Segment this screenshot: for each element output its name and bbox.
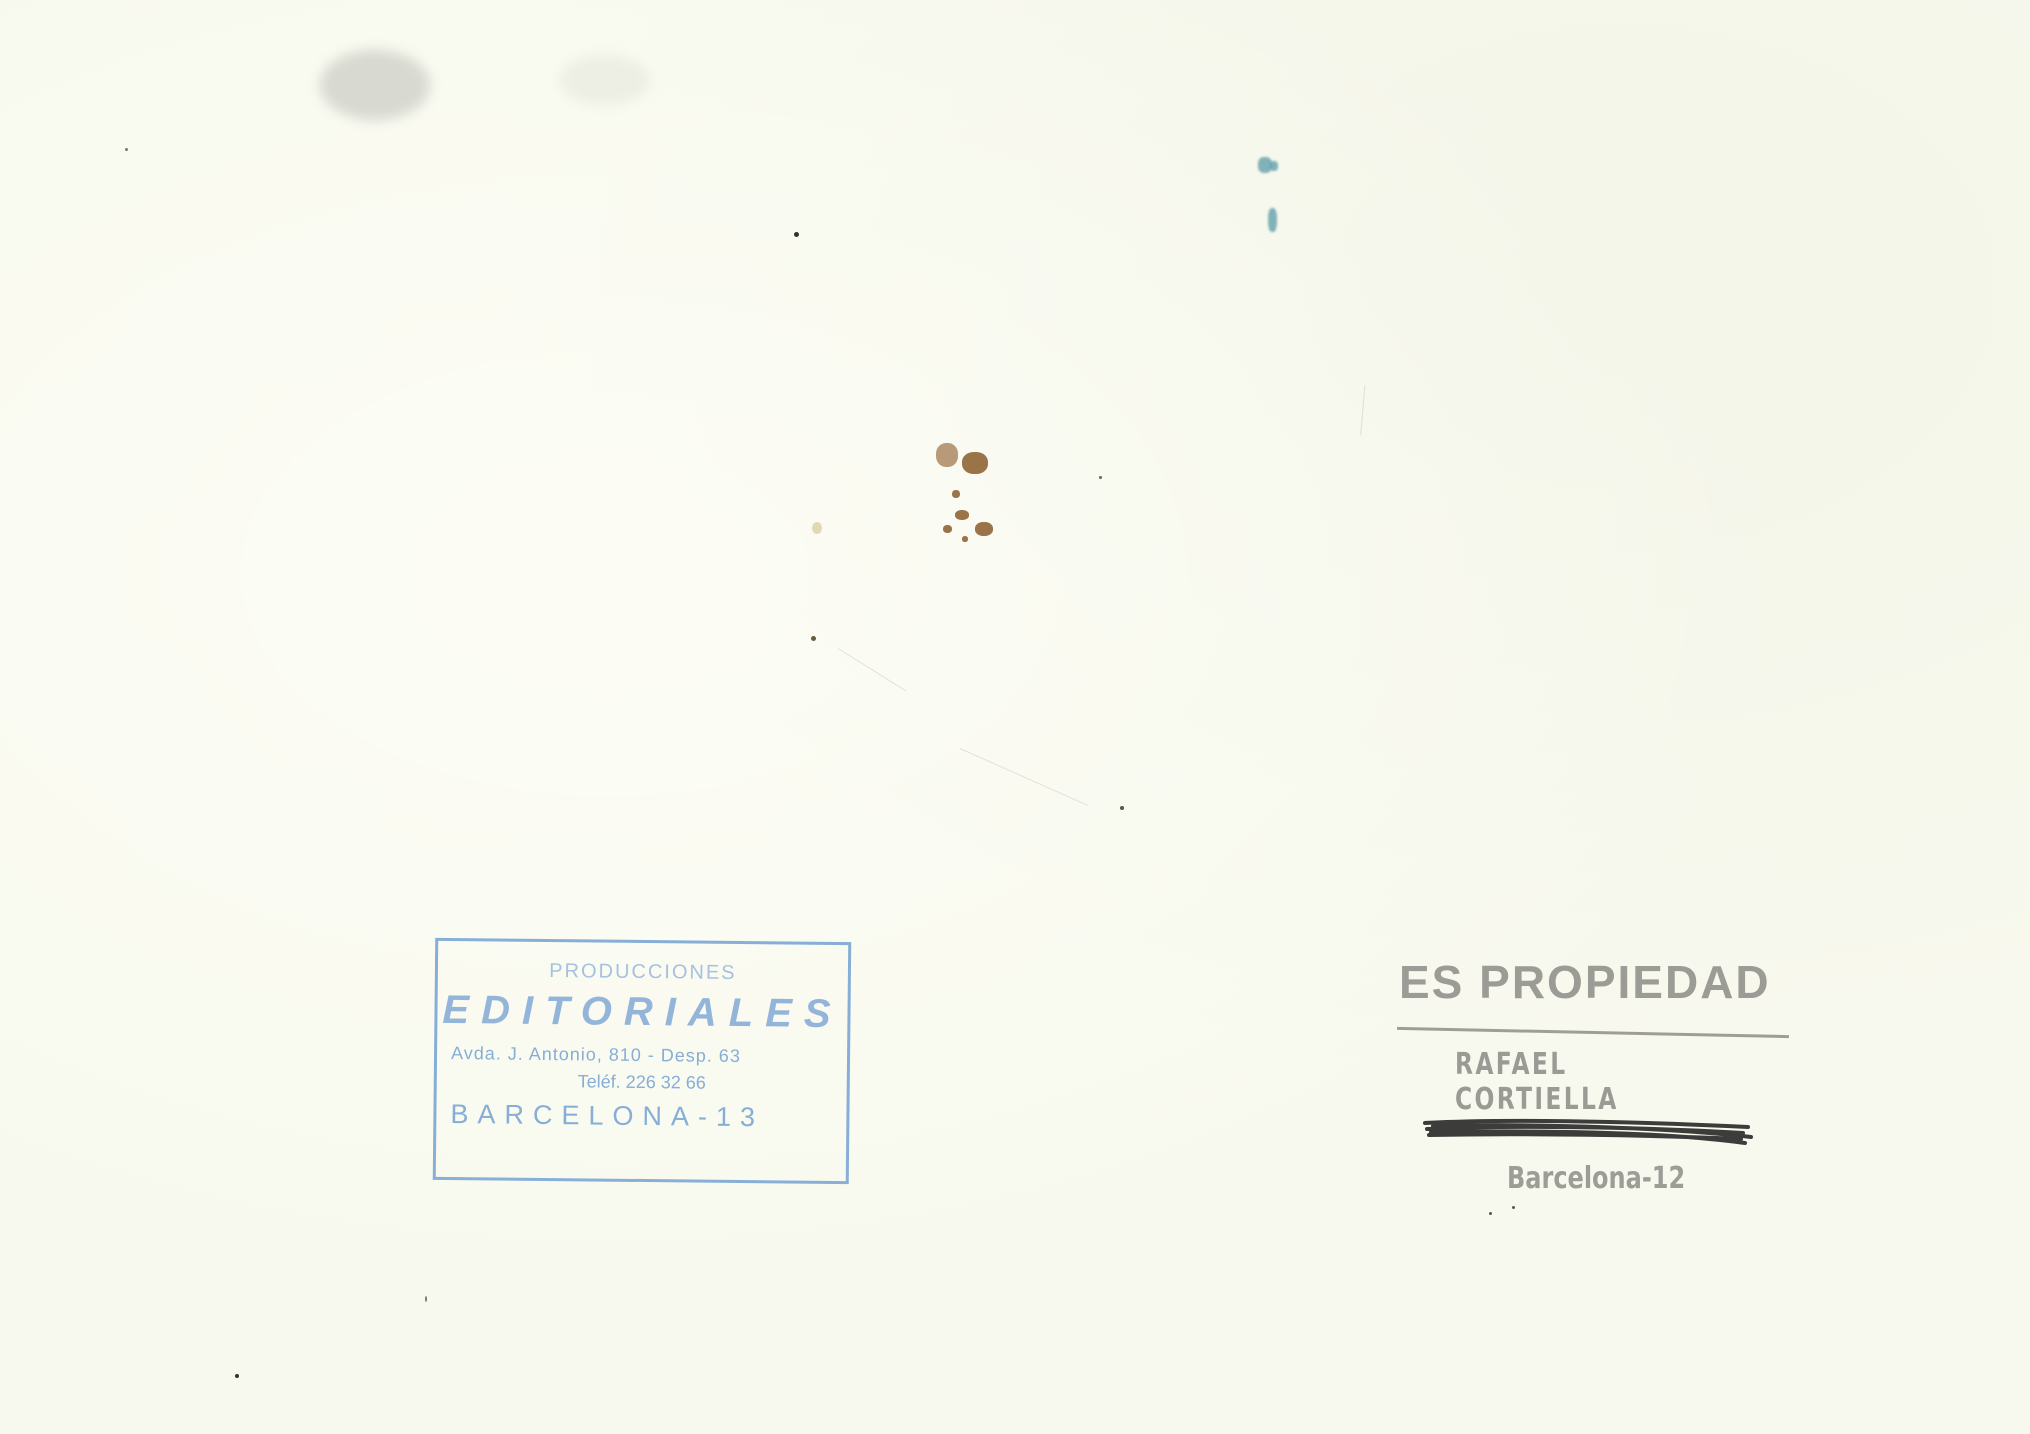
rust-stain <box>936 443 958 467</box>
scribble-strikeout <box>1423 1113 1753 1147</box>
speck <box>235 1374 239 1378</box>
speck <box>1120 806 1124 810</box>
rust-stain <box>962 452 988 474</box>
publisher-stamp: PRODUCCIONES EDITORIALES Avda. J. Antoni… <box>433 938 852 1184</box>
stamp-underline <box>1397 1027 1789 1038</box>
speck <box>425 1296 427 1302</box>
rust-stain <box>943 525 952 533</box>
rust-stain <box>952 490 960 498</box>
rust-stain <box>962 536 968 542</box>
speck <box>811 636 816 641</box>
speck <box>1099 476 1102 479</box>
stamp-line-city: Barcelona-12 <box>1507 1161 1685 1196</box>
ownership-stamp: ES PROPIEDAD RAFAEL CORTIELLA — — — — — … <box>1395 955 1795 1215</box>
rust-stain <box>955 510 969 520</box>
ink-spot <box>1268 208 1277 232</box>
speck <box>794 232 799 237</box>
stamp-line-address: Avda. J. Antonio, 810 - Desp. 63 <box>437 1043 847 1068</box>
stamp-line-city: BARCELONA-13 <box>436 1099 846 1134</box>
scratch <box>1360 385 1365 435</box>
scratch <box>838 648 906 691</box>
photo-back-paper: PRODUCCIONES EDITORIALES Avda. J. Antoni… <box>0 0 2030 1434</box>
rust-stain <box>975 522 993 536</box>
stamp-line-es-propiedad: ES PROPIEDAD <box>1399 955 1771 1009</box>
beige-spot <box>812 522 822 534</box>
gray-smudge <box>320 50 430 120</box>
faint-smudge <box>560 55 650 105</box>
scratch <box>960 748 1088 806</box>
stamp-line-editoriales: EDITORIALES <box>437 988 847 1037</box>
stamp-line-producciones: PRODUCCIONES <box>438 959 848 986</box>
speck <box>125 148 128 151</box>
ink-spot <box>1270 161 1278 171</box>
stamp-line-phone: Teléf. 226 32 66 <box>437 1070 847 1095</box>
